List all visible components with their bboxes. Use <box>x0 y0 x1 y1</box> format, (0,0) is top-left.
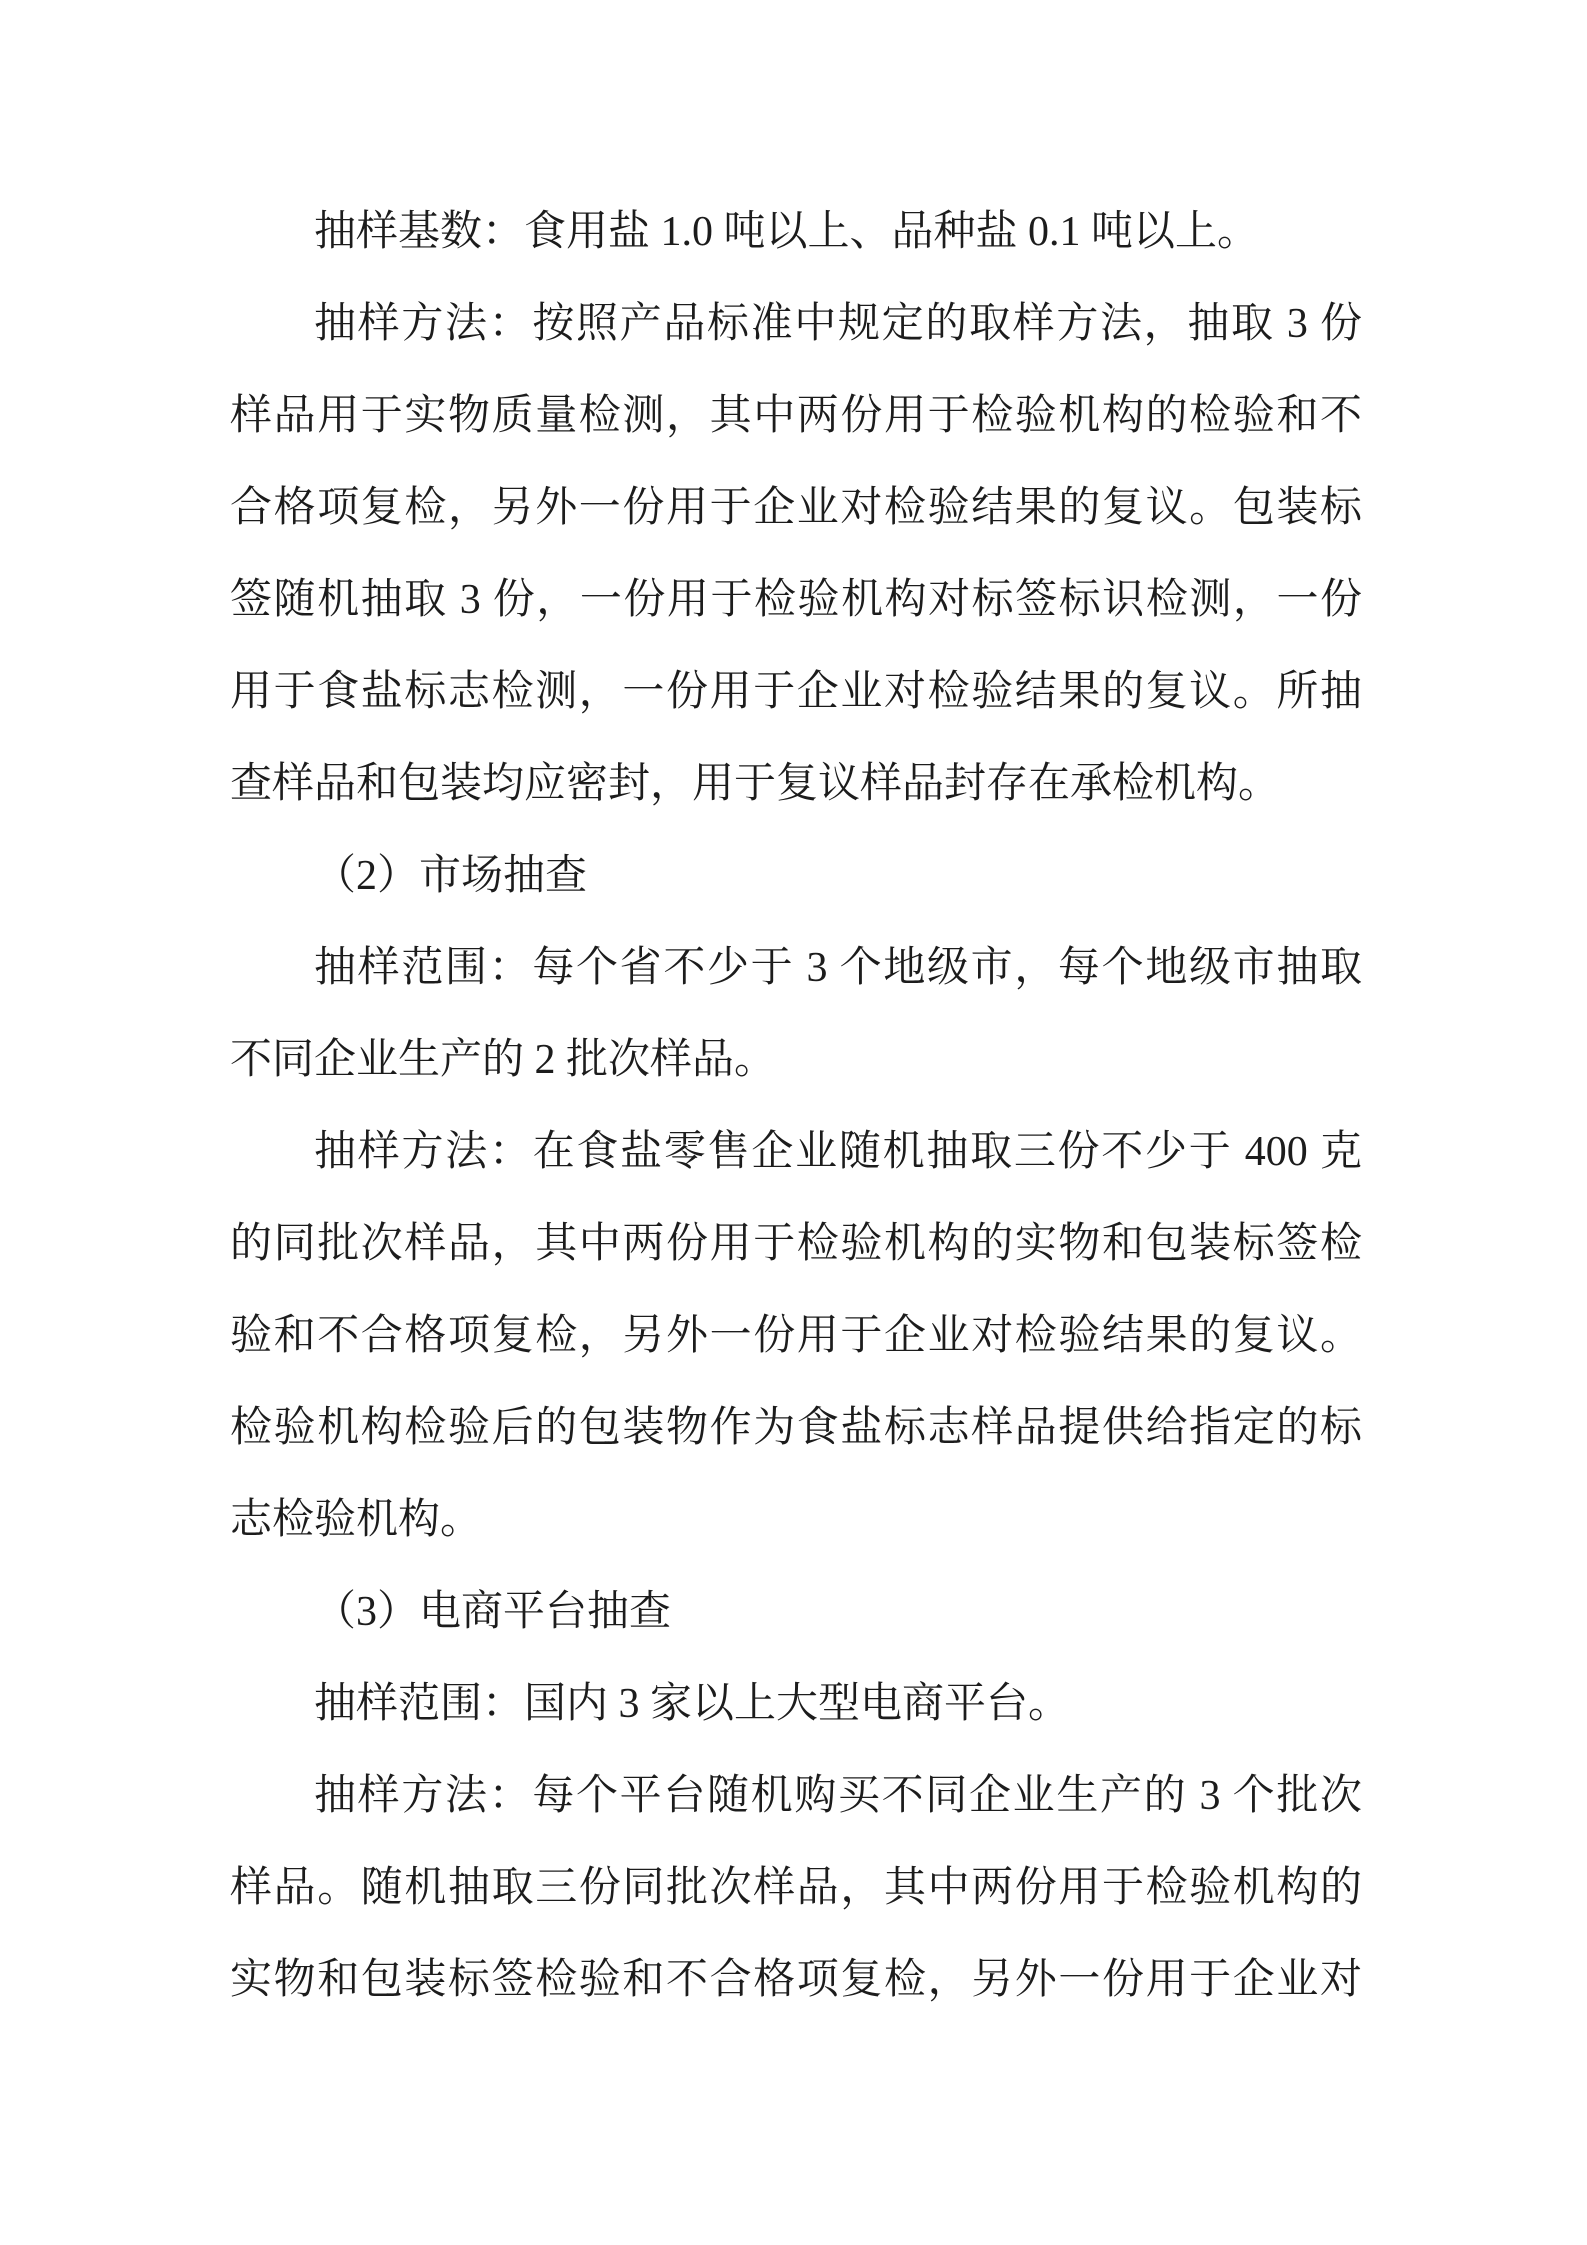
text-line: 样品用于实物质量检测，其中两份用于检验机构的检验和不 <box>230 370 1362 462</box>
document-text-block: 抽样基数：食用盐 1.0 吨以上、品种盐 0.1 吨以上。抽样方法：按照产品标准… <box>230 186 1362 2026</box>
text-line: 用于食盐标志检测，一份用于企业对检验结果的复议。所抽 <box>230 646 1362 738</box>
text-line: 抽样范围：每个省不少于 3 个地级市，每个地级市抽取 <box>230 922 1362 1014</box>
text-line: 检验机构检验后的包装物作为食盐标志样品提供给指定的标 <box>230 1382 1362 1474</box>
text-line: 抽样方法：在食盐零售企业随机抽取三份不少于 400 克 <box>230 1106 1362 1198</box>
document-page: 抽样基数：食用盐 1.0 吨以上、品种盐 0.1 吨以上。抽样方法：按照产品标准… <box>0 0 1587 2245</box>
text-line: 的同批次样品，其中两份用于检验机构的实物和包装标签检 <box>230 1198 1362 1290</box>
text-line: 志检验机构。 <box>230 1474 1362 1566</box>
text-line: 抽样基数：食用盐 1.0 吨以上、品种盐 0.1 吨以上。 <box>230 186 1362 278</box>
text-line: 抽样范围：国内 3 家以上大型电商平台。 <box>230 1658 1362 1750</box>
text-line: 抽样方法：每个平台随机购买不同企业生产的 3 个批次 <box>230 1750 1362 1842</box>
text-line: （2）市场抽查 <box>230 830 1362 922</box>
text-line: 验和不合格项复检，另外一份用于企业对检验结果的复议。 <box>230 1290 1362 1382</box>
text-line: 样品。随机抽取三份同批次样品，其中两份用于检验机构的 <box>230 1842 1362 1934</box>
text-line: 合格项复检，另外一份用于企业对检验结果的复议。包装标 <box>230 462 1362 554</box>
text-line: 查样品和包装均应密封，用于复议样品封存在承检机构。 <box>230 738 1362 830</box>
text-line: （3）电商平台抽查 <box>230 1566 1362 1658</box>
text-line: 不同企业生产的 2 批次样品。 <box>230 1014 1362 1106</box>
text-line: 签随机抽取 3 份，一份用于检验机构对标签标识检测，一份 <box>230 554 1362 646</box>
text-line: 实物和包装标签检验和不合格项复检，另外一份用于企业对 <box>230 1934 1362 2026</box>
text-line: 抽样方法：按照产品标准中规定的取样方法，抽取 3 份 <box>230 278 1362 370</box>
